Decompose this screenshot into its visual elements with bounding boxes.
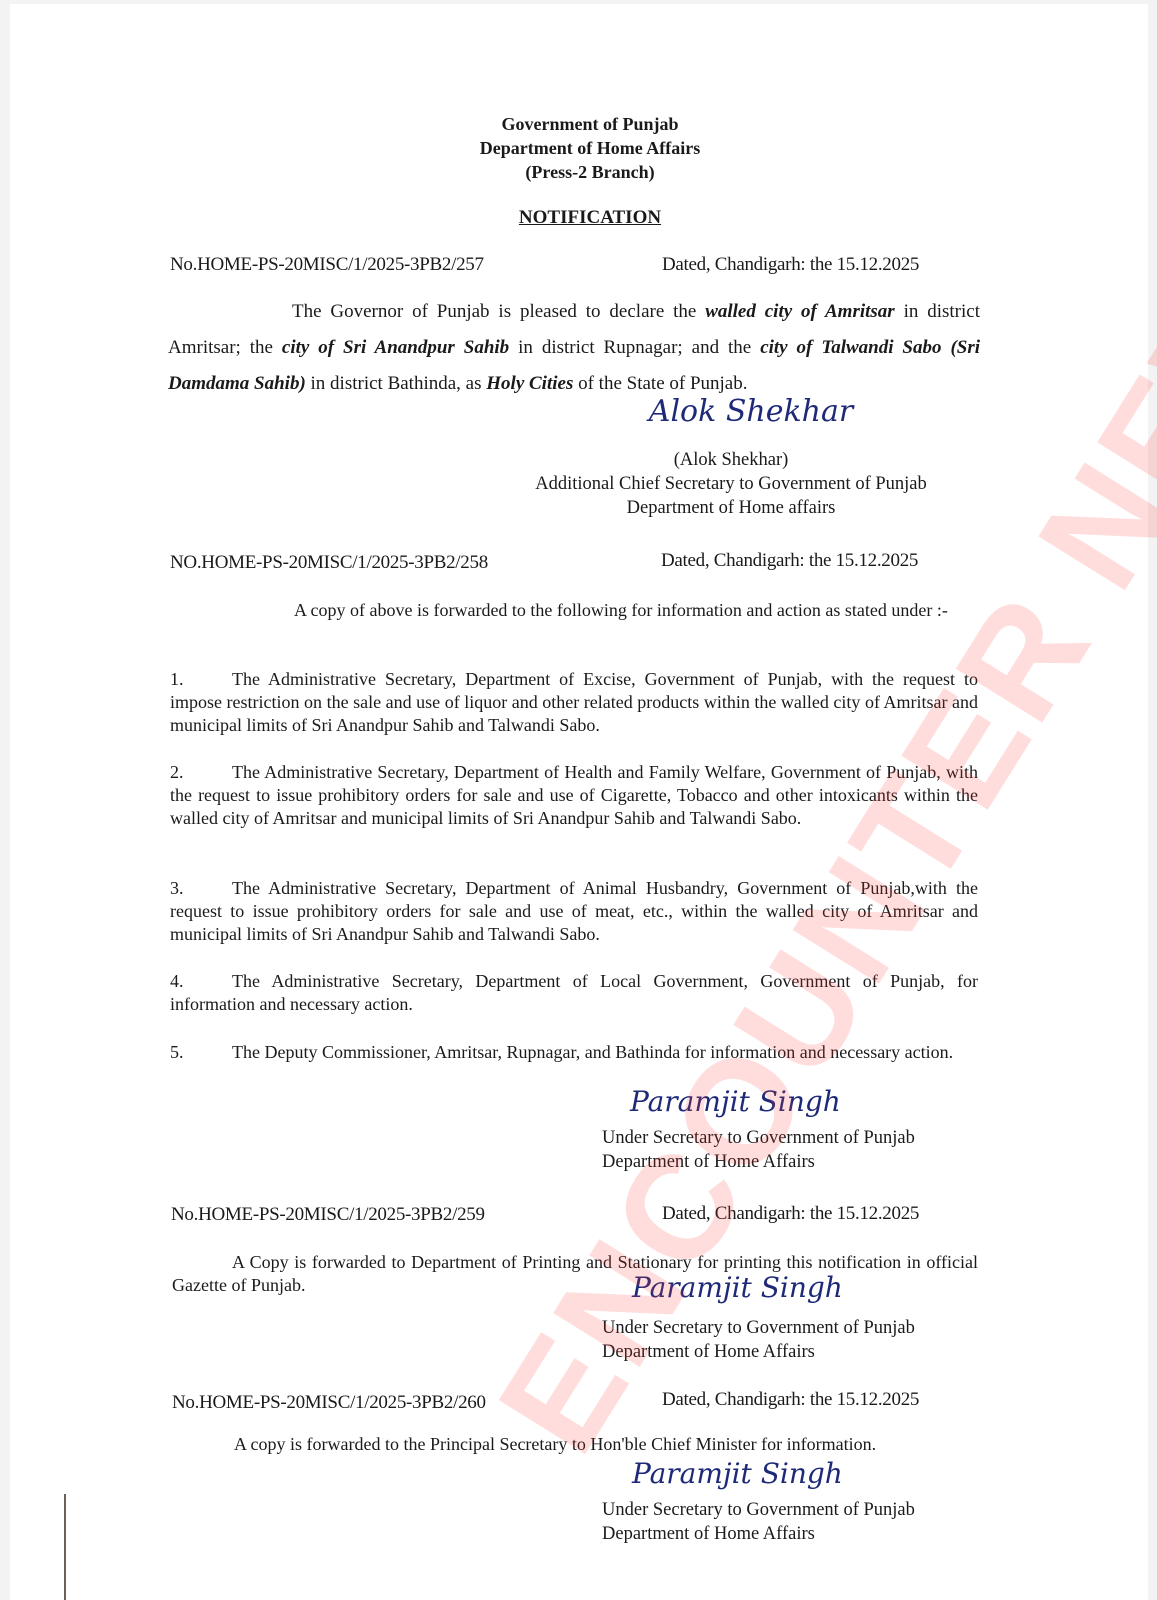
signatory-department: Department of Home Affairs bbox=[602, 1340, 958, 1364]
endorsement2-date: Dated, Chandigarh: the 15.12.2025 bbox=[662, 1203, 919, 1225]
signatory-title: Additional Chief Secretary to Government… bbox=[506, 472, 956, 496]
notification-date: Dated, Chandigarh: the 15.12.2025 bbox=[662, 254, 919, 276]
notification-title: NOTIFICATION bbox=[10, 207, 1157, 229]
endorsement3-date: Dated, Chandigarh: the 15.12.2025 bbox=[662, 1389, 919, 1411]
endorsement2-number: No.HOME-PS-20MISC/1/2025-3PB2/259 bbox=[171, 1204, 485, 1226]
emphasis-anandpur: city of Sri Anandpur Sahib bbox=[282, 337, 509, 358]
signature-paramjit-singh: Paramjit Singh bbox=[632, 1462, 958, 1498]
endorsement1-intro: A copy of above is forwarded to the foll… bbox=[170, 598, 978, 622]
signature-alok-shekhar: Alok Shekhar bbox=[546, 400, 956, 448]
signatory-department: Department of Home Affairs bbox=[602, 1150, 958, 1174]
endorsement1-number: NO.HOME-PS-20MISC/1/2025-3PB2/258 bbox=[170, 552, 488, 574]
list-item-3: 3.The Administrative Secretary, Departme… bbox=[170, 877, 978, 946]
document-page: Government of Punjab Department of Home … bbox=[10, 4, 1148, 1600]
signatory-title: Under Secretary to Government of Punjab bbox=[602, 1498, 958, 1522]
signature-block-us-3: Paramjit Singh Under Secretary to Govern… bbox=[602, 1462, 958, 1546]
list-item-4: 4.The Administrative Secretary, Departme… bbox=[170, 970, 978, 1016]
signature-block-us-1: Paramjit Singh Under Secretary to Govern… bbox=[602, 1090, 958, 1174]
notification-number: No.HOME-PS-20MISC/1/2025-3PB2/257 bbox=[170, 254, 484, 276]
emphasis-holy-cities: Holy Cities bbox=[486, 373, 573, 394]
endorsement3-text: A copy is forwarded to the Principal Sec… bbox=[234, 1434, 876, 1455]
endorsement3-number: No.HOME-PS-20MISC/1/2025-3PB2/260 bbox=[172, 1392, 486, 1414]
signature-paramjit-singh: Paramjit Singh bbox=[630, 1090, 958, 1126]
signatory-department: Department of Home affairs bbox=[506, 496, 956, 520]
endorsement1-date: Dated, Chandigarh: the 15.12.2025 bbox=[661, 550, 918, 572]
signature-paramjit-singh: Paramjit Singh bbox=[632, 1276, 958, 1316]
signatory-name: (Alok Shekhar) bbox=[506, 448, 956, 472]
list-item-5: 5.The Deputy Commissioner, Amritsar, Rup… bbox=[170, 1041, 978, 1064]
header-department: Department of Home Affairs bbox=[10, 138, 1157, 159]
list-item-1: 1.The Administrative Secretary, Departme… bbox=[170, 668, 978, 737]
signature-block-acs: Alok Shekhar (Alok Shekhar) Additional C… bbox=[506, 400, 956, 520]
signatory-title: Under Secretary to Government of Punjab bbox=[602, 1316, 958, 1340]
signatory-department: Department of Home Affairs bbox=[602, 1522, 958, 1546]
emphasis-amritsar: walled city of Amritsar bbox=[705, 301, 895, 322]
signature-block-us-2: Paramjit Singh Under Secretary to Govern… bbox=[602, 1276, 958, 1364]
list-item-2: 2.The Administrative Secretary, Departme… bbox=[170, 761, 978, 830]
header-branch: (Press-2 Branch) bbox=[10, 162, 1157, 183]
notification-body: The Governor of Punjab is pleased to dec… bbox=[168, 294, 980, 402]
signatory-title: Under Secretary to Government of Punjab bbox=[602, 1126, 958, 1150]
header-government: Government of Punjab bbox=[10, 114, 1157, 135]
